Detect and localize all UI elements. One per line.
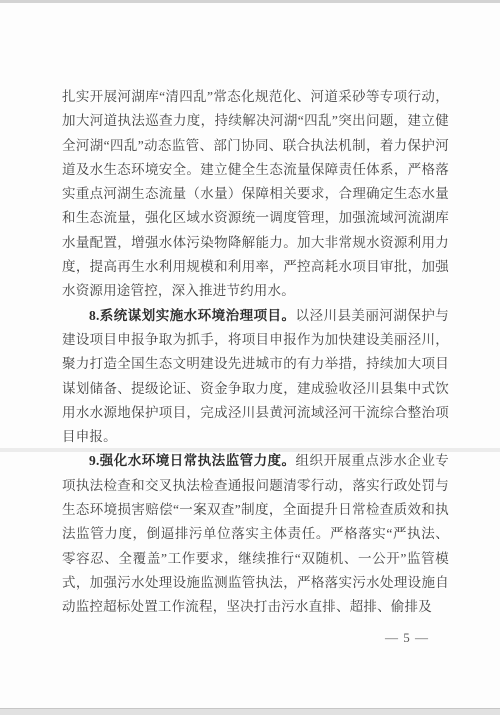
- paragraph-text: 组织开展重点涉水企业专项执法检查和交叉执法检查通报问题清零行动，落实行政处罚与生…: [62, 453, 449, 614]
- paragraph-text: 扎实开展河湖库“清四乱”常态化规范化、河道采砂等专项行动，加大河道执法巡查力度，…: [62, 89, 449, 298]
- document-page: 扎实开展河湖库“清四乱”常态化规范化、河道采砂等专项行动，加大河道执法巡查力度，…: [0, 0, 500, 715]
- scan-edge-top: [0, 0, 500, 3]
- paragraph-heading: 8.系统谋划实施水环境治理项目。: [89, 308, 296, 323]
- scan-artifact-band: [0, 448, 500, 452]
- scan-edge-bottom: [0, 708, 500, 715]
- paragraph-continuation: 扎实开展河湖库“清四乱”常态化规范化、河道采砂等专项行动，加大河道执法巡查力度，…: [62, 85, 449, 304]
- paragraph-item-8: 8.系统谋划实施水环境治理项目。以泾川县美丽河湖保护与建设项目申报争取为抓手，将…: [62, 304, 449, 450]
- paragraph-text: 以泾川县美丽河湖保护与建设项目申报争取为抓手，将项目申报作为加快建设美丽泾川，聚…: [62, 308, 449, 444]
- page-number: — 5 —: [385, 630, 429, 646]
- document-body: 扎实开展河湖库“清四乱”常态化规范化、河道采砂等专项行动，加大河道执法巡查力度，…: [62, 85, 449, 620]
- paragraph-heading: 9.强化水环境日常执法监管力度。: [89, 453, 296, 468]
- paragraph-item-9: 9.强化水环境日常执法监管力度。组织开展重点涉水企业专项执法检查和交叉执法检查通…: [62, 449, 449, 619]
